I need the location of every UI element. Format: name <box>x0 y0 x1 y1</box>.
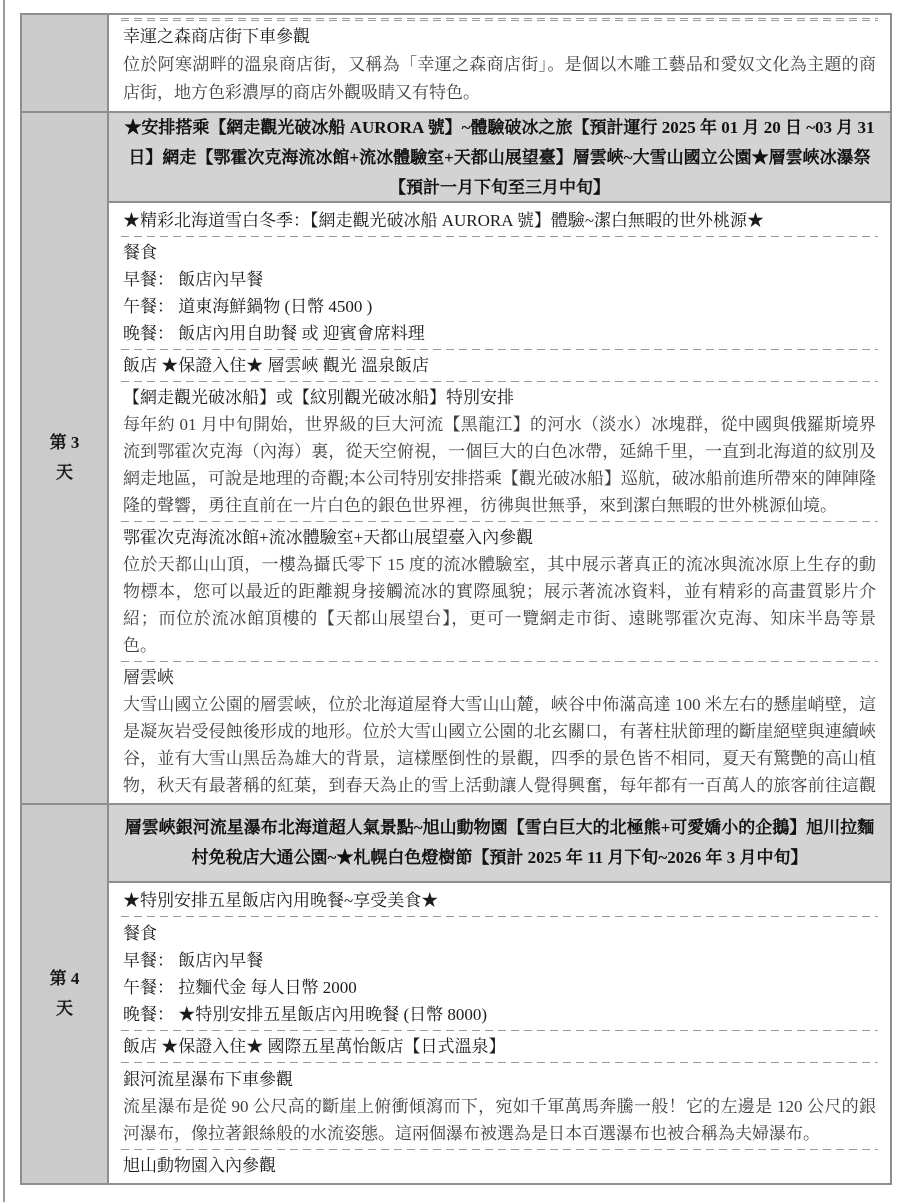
highlight-section: ★精彩北海道雪白冬季：【網走觀光破冰船 AURORA 號】體驗~潔白無暇的世外桃… <box>109 205 890 236</box>
attraction-paragraph: 位於阿寒湖畔的溫泉商店街，又稱為「幸運之森商店街」。是個以木雕工藝品和愛奴文化為… <box>123 51 876 107</box>
table-row-day4: 第 4 天 層雲峽銀河流星瀑布北海道超人氣景點~旭山動物園【雪白巨大的北極熊+可… <box>22 803 890 1183</box>
meals-title: 餐食 <box>123 920 876 947</box>
hotel-section: 飯店 ★保證入住★ 層雲峽 觀光 溫泉飯店 <box>109 350 890 381</box>
day3-content: ★精彩北海道雪白冬季：【網走觀光破冰船 AURORA 號】體驗~潔白無暇的世外桃… <box>109 203 890 803</box>
attraction-title: 幸運之森商店街下車參觀 <box>123 23 876 51</box>
hotel-line: 飯店 ★保證入住★ 國際五星萬怡飯店【日式溫泉】 <box>123 1033 876 1060</box>
highlight-text: ★精彩北海道雪白冬季：【網走觀光破冰船 AURORA 號】體驗~潔白無暇的世外桃… <box>123 207 876 234</box>
attraction-section: 幸運之森商店街下車參觀 位於阿寒湖畔的溫泉商店街，又稱為「幸運之森商店街」。是個… <box>109 21 890 109</box>
table-row-day3: 第 3 天 ★安排搭乘【網走觀光破冰船 AURORA 號】~體驗破冰之旅【預計運… <box>22 111 890 803</box>
page-left-border <box>3 0 5 1202</box>
meal-breakfast: 早餐： 飯店內早餐 <box>123 266 876 293</box>
meals-title: 餐食 <box>123 239 876 266</box>
day3-label-line2: 天 <box>56 458 73 488</box>
attraction-paragraph: 流星瀑布是從 90 公尺高的斷崖上俯衝傾瀉而下，宛如千軍萬馬奔騰一般！它的左邊是… <box>123 1093 876 1147</box>
meal-lunch: 午餐： 道東海鮮鍋物 (日幣 4500 ) <box>123 293 876 320</box>
prev-day-content-cell: 幸運之森商店街下車參觀 位於阿寒湖畔的溫泉商店街，又稱為「幸運之森商店街」。是個… <box>109 15 890 111</box>
prev-day-content: 幸運之森商店街下車參觀 位於阿寒湖畔的溫泉商店街，又稱為「幸運之森商店街」。是個… <box>109 15 890 111</box>
highlight-section: ★特別安排五星飯店內用晚餐~享受美食★ <box>109 885 890 916</box>
day4-label-cell: 第 4 天 <box>22 805 109 1183</box>
meal-lunch: 午餐： 拉麵代金 每人日幣 2000 <box>123 974 876 1001</box>
meal-breakfast: 早餐： 飯店內早餐 <box>123 947 876 974</box>
attraction-title: 【網走觀光破冰船】或【紋別觀光破冰船】特別安排 <box>123 384 876 411</box>
meals-section: 餐食 早餐： 飯店內早餐 午餐： 拉麵代金 每人日幣 2000 晚餐： ★特別安… <box>109 918 890 1030</box>
meal-dinner: 晚餐： ★特別安排五星飯店內用晚餐 (日幣 8000) <box>123 1001 876 1028</box>
day4-content-cell: 層雲峽銀河流星瀑布北海道超人氣景點~旭山動物園【雪白巨大的北極熊+可愛嬌小的企鵝… <box>109 805 890 1183</box>
attraction-title: 層雲峽 <box>123 664 876 691</box>
itinerary-table: 幸運之森商店街下車參觀 位於阿寒湖畔的溫泉商店街，又稱為「幸運之森商店街」。是個… <box>20 13 892 1185</box>
attraction-paragraph: 位於天都山山頂，一樓為攝氏零下 15 度的流冰體驗室，其中展示著真正的流冰與流冰… <box>123 551 876 659</box>
day-label-cell-empty <box>22 15 109 111</box>
attraction-paragraph: 每年約 01 月中旬開始，世界級的巨大河流【黑龍江】的河水（淡水）冰塊群，從中國… <box>123 411 876 519</box>
day3-route-header: ★安排搭乘【網走觀光破冰船 AURORA 號】~體驗破冰之旅【預計運行 2025… <box>109 113 890 203</box>
attraction-section: 旭山動物園入內參觀 <box>109 1150 890 1181</box>
attraction-section: 銀河流星瀑布下車參觀 流星瀑布是從 90 公尺高的斷崖上俯衝傾瀉而下，宛如千軍萬… <box>109 1064 890 1149</box>
attraction-title: 旭山動物園入內參觀 <box>123 1152 876 1179</box>
day4-label-line1: 第 4 <box>50 964 80 994</box>
table-row-prev-day: 幸運之森商店街下車參觀 位於阿寒湖畔的溫泉商店街，又稱為「幸運之森商店街」。是個… <box>22 15 890 111</box>
day4-label-line2: 天 <box>56 994 73 1024</box>
attraction-section: 層雲峽 大雪山國立公園的層雲峽，位於北海道屋脊大雪山山麓，峽谷中佈滿高達 100… <box>109 662 890 803</box>
day3-label-line1: 第 3 <box>50 428 80 458</box>
day4-content: ★特別安排五星飯店內用晚餐~享受美食★ 餐食 早餐： 飯店內早餐 午餐： 拉麵代… <box>109 883 890 1183</box>
day4-route-header: 層雲峽銀河流星瀑布北海道超人氣景點~旭山動物園【雪白巨大的北極熊+可愛嬌小的企鵝… <box>109 805 890 883</box>
attraction-paragraph: 大雪山國立公園的層雲峽，位於北海道屋脊大雪山山麓，峽谷中佈滿高達 100 米左右… <box>123 691 876 803</box>
highlight-text: ★特別安排五星飯店內用晚餐~享受美食★ <box>123 887 876 914</box>
attraction-title: 鄂霍次克海流冰館+流冰體驗室+天都山展望臺入內參觀 <box>123 524 876 551</box>
meals-section: 餐食 早餐： 飯店內早餐 午餐： 道東海鮮鍋物 (日幣 4500 ) 晚餐： 飯… <box>109 237 890 349</box>
day3-content-cell: ★安排搭乘【網走觀光破冰船 AURORA 號】~體驗破冰之旅【預計運行 2025… <box>109 113 890 803</box>
meal-dinner: 晚餐： 飯店內用自助餐 或 迎賓會席料理 <box>123 320 876 347</box>
attraction-title: 銀河流星瀑布下車參觀 <box>123 1066 876 1093</box>
hotel-section: 飯店 ★保證入住★ 國際五星萬怡飯店【日式溫泉】 <box>109 1031 890 1062</box>
attraction-section: 【網走觀光破冰船】或【紋別觀光破冰船】特別安排 每年約 01 月中旬開始，世界級… <box>109 382 890 521</box>
day3-label-cell: 第 3 天 <box>22 113 109 803</box>
attraction-section: 鄂霍次克海流冰館+流冰體驗室+天都山展望臺入內參觀 位於天都山山頂，一樓為攝氏零… <box>109 522 890 661</box>
hotel-line: 飯店 ★保證入住★ 層雲峽 觀光 溫泉飯店 <box>123 352 876 379</box>
